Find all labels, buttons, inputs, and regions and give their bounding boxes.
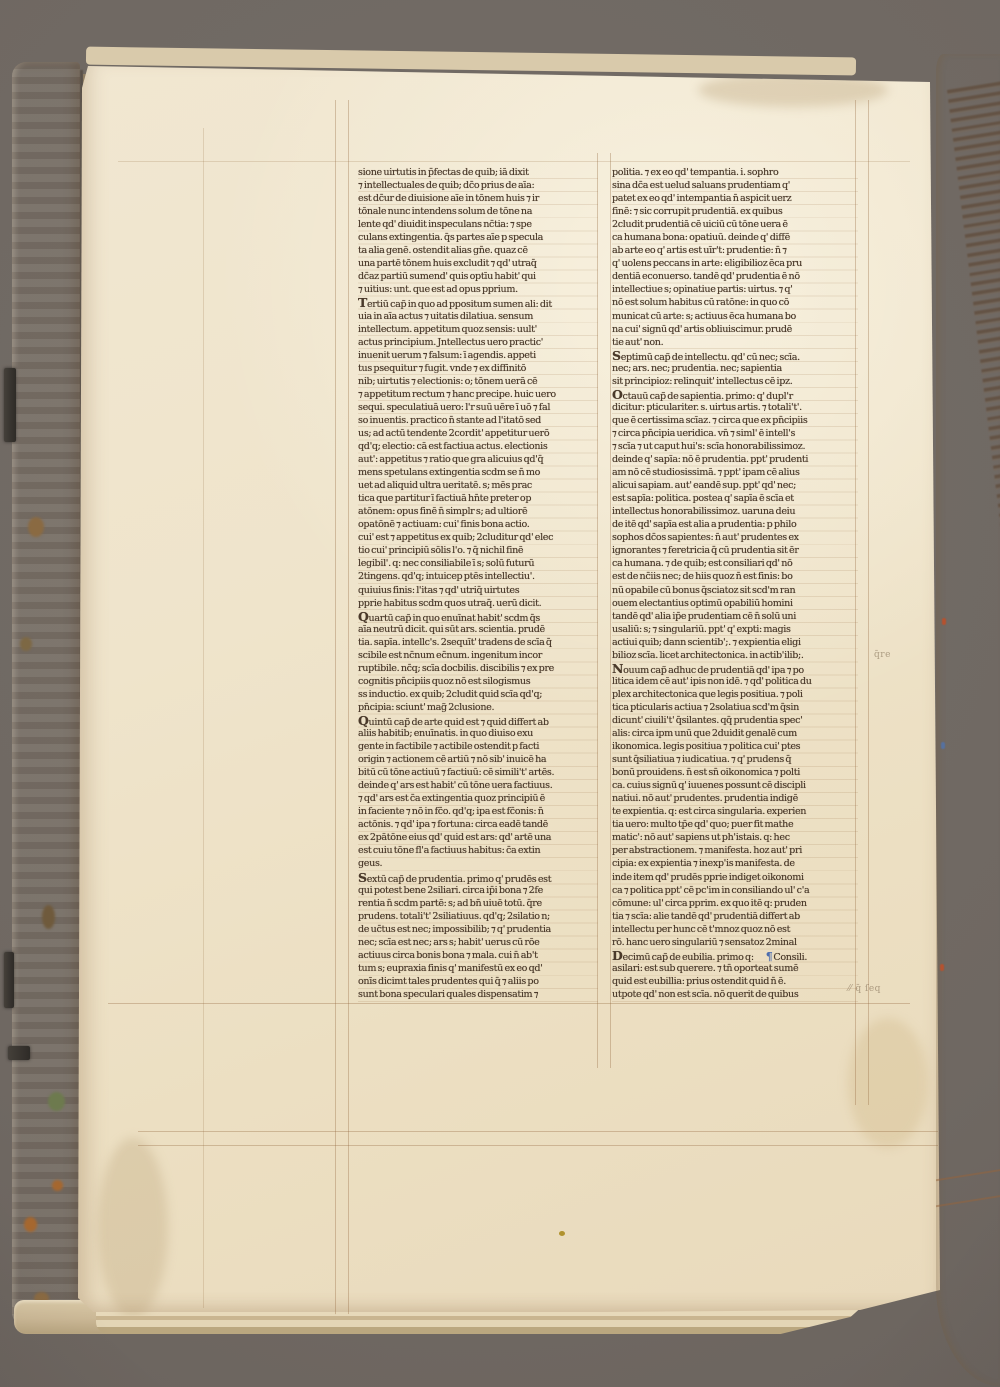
manuscript-text-line: tio cui' principiū sōlis l'o. ⁊ q̄ nichi… <box>358 544 598 557</box>
facing-page-fore-edge <box>936 54 1000 1386</box>
ruling-line-vertical <box>868 100 869 1105</box>
manuscript-text-line: ⁊ uitius: unt. que est ad opus pprium. <box>358 283 598 296</box>
manuscript-text-line: inuenit uerum ⁊ falsum: ī agendis. appet… <box>358 349 598 362</box>
manuscript-text-line: aliis habitib; enuīnatis. in quo diuiso … <box>358 727 598 740</box>
manuscript-text-line: q' uolens peccans in arte: eligibilioz ē… <box>612 257 858 270</box>
ruling-line-horizontal <box>138 1145 938 1146</box>
manuscript-text-line: gente in factibile ⁊ actibile ostendit p… <box>358 740 598 753</box>
leather-texture <box>12 62 80 1328</box>
manuscript-text-line: intellectiue s; opinatiue partis: uirtus… <box>612 283 858 296</box>
manuscript-text-line: prudens. totali't' 2siliatiuus. qd'q; 2s… <box>358 910 598 923</box>
manuscript-text-line: cui' est ⁊ appetitus ex quib; 2cluditur … <box>358 531 598 544</box>
manuscript-text-line: actiui quib; dann scientib';. ⁊ expienti… <box>612 636 858 649</box>
manuscript-text-line: onīs dicimt tales prudentes qui q̄ ⁊ ali… <box>358 975 598 988</box>
binding-stain-green <box>48 1092 65 1111</box>
manuscript-text-line: intellectum. appetitum quoz sensis: uult… <box>358 323 598 336</box>
metal-clasp <box>4 368 16 442</box>
ruling-line-vertical <box>610 153 611 1068</box>
manuscript-text-line: alis: circa ipm unū que 2duidit genalē c… <box>612 727 858 740</box>
manuscript-verso-page: sione uirtutis in p̄fectas de quib; iā d… <box>78 58 940 1312</box>
manuscript-text-line: politia. ⁊ ex eo qd' tempantia. i. sophr… <box>612 166 858 179</box>
manuscript-text-line: quiuius finis: l'itas ⁊ qd' utriq̄ uirtu… <box>358 584 598 597</box>
manuscript-text-line: matic': nō aut' sapiens ut ph'istais. q:… <box>612 831 858 844</box>
page-curve-highlight <box>936 54 954 1386</box>
manuscript-text-line: actōnis. ⁊ qd' ipa ⁊ fortuna: circa eadē… <box>358 818 598 831</box>
parchment-stain <box>698 73 888 107</box>
manuscript-text-line: deinde q' ars est habit' cū tōne uera fa… <box>358 779 598 792</box>
manuscript-text-line: ruptibile. nc̄q; scīa docbilis. discibil… <box>358 662 598 675</box>
manuscript-text-line: tandē qd' alia ip̄e prudentiam cē n̄ sol… <box>612 610 858 623</box>
manuscript-text-line: finē: ⁊ sic corrupit prudentiā. ex quibu… <box>612 205 858 218</box>
initial-letter: S <box>612 349 621 362</box>
manuscript-text-line: cognitis pn̄cipiis quoz nō est silogismu… <box>358 675 598 688</box>
manuscript-text-line: ignorantes ⁊ feretricia q̄ cū prudentia … <box>612 544 858 557</box>
facing-paraph-red <box>942 618 946 625</box>
manuscript-text-line: ¶Octauū cap̃ de sapientia. primo: q' dup… <box>612 388 858 401</box>
manuscript-text-line: aīa neutrū dicit. qui sūt ars. scientia.… <box>358 623 598 636</box>
binding-stain <box>52 1180 63 1191</box>
manuscript-text-line: ca humana bona: opatiuū. deinde q' diffē <box>612 231 858 244</box>
initial-letter: D <box>612 949 623 962</box>
manuscript-text-line: ¶Nouum cap̃ adhuc de prudentiā qd' ipa ⁊… <box>612 662 858 675</box>
manuscript-text-line: ¶Septimū cap̃ de intellectu. qd' cū nec;… <box>612 349 858 362</box>
manuscript-text-line: actus principium. Jntellectus uero pract… <box>358 336 598 349</box>
binding-stain <box>28 517 44 537</box>
manuscript-text-line: nec; scīa est nec; ars s; habit' uerus c… <box>358 936 598 949</box>
metal-clasp <box>4 952 14 1008</box>
manuscript-text-line: inde item qd' prudēs pprie indiget oikon… <box>612 871 858 884</box>
manuscript-text-line: tia ⁊ scīa: alie tandē qd' prudentiā dif… <box>612 910 858 923</box>
manuscript-text-line: 2cludit prudentiā cē uiciū cū tōne uera … <box>612 218 858 231</box>
manuscript-text-line: in faciente ⁊ nō in fc̄o. qd'q; ipa est … <box>358 805 598 818</box>
manuscript-text-line: intellectu per hunc cē t'mnoz quoz nō es… <box>612 923 858 936</box>
manuscript-text-line: alicui sapiam. aut' eandē sup. ppt' qd' … <box>612 479 858 492</box>
manuscript-text-line: natiui. nō aut' prudentes. prudentia ind… <box>612 792 858 805</box>
binding-stain <box>20 637 32 651</box>
manuscript-text-line: dentiā econuerso. tandē qd' prudentia ē … <box>612 270 858 283</box>
manuscript-text-line: ca humana. ⁊ de quib; est consiliari qd'… <box>612 557 858 570</box>
manuscript-text-line: pn̄cipia: sciunt' mag̃ 2clusione. <box>358 701 598 714</box>
marginal-note: q̄re <box>874 650 891 660</box>
manuscript-text-line: ¶Tertiū cap̃ in quo ad ppositum sumen al… <box>358 296 598 309</box>
manuscript-text-line: atōnem: opus finē n̄ simplr s; ad ultior… <box>358 505 598 518</box>
manuscript-text-line: geus. <box>358 857 598 870</box>
manuscript-text-line: nec; ars. nec; prudentia. nec; sapientia <box>612 362 858 375</box>
manuscript-text-line: tica que partitur ī factiuā hn̄te preter… <box>358 492 598 505</box>
manuscript-text-line: ¶Quartū cap̃ in quo enuīnat habit' scdm … <box>358 610 598 623</box>
manuscript-text-line: dicunt' ciuili't' q̄silantes. qq̄ pruden… <box>612 714 858 727</box>
parchment-fleck <box>559 1231 565 1236</box>
manuscript-text-line: sina dc̄a est uelud saluans prudentiam q… <box>612 179 858 192</box>
manuscript-text-line: tum s; eupraxia finis q' manifestū ex eo… <box>358 962 598 975</box>
manuscript-text-line: tia uero: multo tp̄e qd' quo; puer fit m… <box>612 818 858 831</box>
manuscript-text-line: ex 2pātōne eius qd' quid est ars: qd' ar… <box>358 831 598 844</box>
manuscript-text-line: pprie habitus scdm quos utraq̄. uerū dic… <box>358 597 598 610</box>
ruling-line-horizontal <box>118 161 910 162</box>
manuscript-text-line: uet ad aliquid ultra ueritatē. s; mēs pr… <box>358 479 598 492</box>
manuscript-text-line: ⁊ appetitum rectum ⁊ hanc precipe. huic … <box>358 388 598 401</box>
manuscript-text-line: tia. sapīa. intellc's. 2sequīt' tradens … <box>358 636 598 649</box>
manuscript-text-line: actiuus circa bonis bona ⁊ mala. cui n̄ … <box>358 949 598 962</box>
manuscript-text-line: sequi. speculatiuā uero: l'r suū uēre ī … <box>358 401 598 414</box>
facing-page-text-block <box>947 76 1000 1035</box>
manuscript-text-line: que ē certissima scīaz. ⁊ circa que ex p… <box>612 414 858 427</box>
manuscript-text-line: sit principioz: relinquit' intellectus c… <box>612 375 858 388</box>
manuscript-text-line: legibil'. q: nec consiliabile ī s; solū … <box>358 557 598 570</box>
manuscript-text-line: bonū prouidens. n̄ est sn̄ oikonomica ⁊ … <box>612 766 858 779</box>
manuscript-text-line: te expientia. q: est circa singularia. e… <box>612 805 858 818</box>
manuscript-text-line: 2tingens. qd'q; intuicep ptēs intellecti… <box>358 570 598 583</box>
manuscript-text-line: bitū cū tōne actiuū ⁊ factiuū: cē simili… <box>358 766 598 779</box>
manuscript-text-line: sunt bona speculari quales dispensatim ⁊ <box>358 988 598 1001</box>
manuscript-text-line: municat cū arte: s; actiuus ēca humana b… <box>612 310 858 323</box>
initial-letter: Q <box>358 714 369 727</box>
manuscript-text-line: culans extingentia. q̄s partes aīe p spe… <box>358 231 598 244</box>
manuscript-text-line: tus psequitur ⁊ fugit. vnde ⁊ ex diffini… <box>358 362 598 375</box>
manuscript-text-line: nō est solum habitus cū ratōne: in quo c… <box>612 296 858 309</box>
book-spine-binding <box>12 62 80 1328</box>
initial-letter: O <box>612 388 623 401</box>
manuscript-text-line: asilari: est sub querere. ⁊ tn̄ oporteat… <box>612 962 858 975</box>
manuscript-text-line: qui potest bene 2siliari. circa ip̄i bon… <box>358 884 598 897</box>
initial-letter: N <box>612 662 623 675</box>
manuscript-text-line: ¶Sextū cap̃ de prudentia. primo q' prudē… <box>358 871 598 884</box>
manuscript-text-line: mens spetulans extingentia scdm se n̄ mo <box>358 466 598 479</box>
manuscript-text-line: ⁊ intellectuales de quib; dc̄o prius de … <box>358 179 598 192</box>
manuscript-text-line: ca. cuius signū q' iuuenes possunt cē di… <box>612 779 858 792</box>
manuscript-text-line: est cuiu tōne fl'a factiuus habitus: c̄a… <box>358 844 598 857</box>
manuscript-text-line: sione uirtutis in p̄fectas de quib; iā d… <box>358 166 598 179</box>
ruling-line-vertical <box>348 100 349 1344</box>
manuscript-text-line: deinde q' sapīa: nō ē prudentia. ppt' pr… <box>612 453 858 466</box>
manuscript-text-line: est dc̄ur de diuisione aīe in tōnem huis… <box>358 192 598 205</box>
manuscript-text-line: tica pticularis actiua ⁊ 2solatiua scd'm… <box>612 701 858 714</box>
manuscript-text-line: rō. hanc uero singulariū ⁊ sensatoz 2min… <box>612 936 858 949</box>
manuscript-text-line: cōmune: ul' circa pprim. ex quo itē q: p… <box>612 897 858 910</box>
manuscript-text-line: cipia: ex expientia ⁊ inexp'is manifesta… <box>612 857 858 870</box>
manuscript-text-line: ⁊ qd' ars est c̄a extingentia quoz princ… <box>358 792 598 805</box>
manuscript-text-line: usaliū: s; ⁊ singulariū. ppt' q' expti: … <box>612 623 858 636</box>
manuscript-text-line: us; ad actū tendente 2cordit' appetitur … <box>358 427 598 440</box>
manuscript-text-line: so inuentis. practico n̄ stante ad l'ita… <box>358 414 598 427</box>
manuscript-text-line: dc̄az partiū sumend' quis optīu habit' q… <box>358 270 598 283</box>
manuscript-text-line: nū opabile cū bonus q̄sciatoz sit scd'm … <box>612 584 858 597</box>
marginal-note: ⁄⁄ q̄ ſeq <box>848 984 881 994</box>
manuscript-text-line: plex architectonica que legis positiua. … <box>612 688 858 701</box>
manuscript-text-line: aut': appetitus ⁊ ratio que gra alicuius… <box>358 453 598 466</box>
text-column-right: politia. ⁊ ex eo qd' tempantia. i. sophr… <box>612 166 858 1004</box>
manuscript-text-line: na cui' signū qd' artis obliuiscimur. pr… <box>612 323 858 336</box>
initial-letter: S <box>358 871 367 884</box>
manuscript-text-line: dicitur: pticulariter. s. uirtus artis. … <box>612 401 858 414</box>
manuscript-text-line: una partē tōnem huis excludit ⁊ qd' utra… <box>358 257 598 270</box>
manuscript-text-line: lente qd' diuidit inspeculans nc̄tia: ⁊ … <box>358 218 598 231</box>
manuscript-text-line: tōnale nunc intendens solum de tōne na <box>358 205 598 218</box>
ruling-line-vertical <box>335 100 336 1344</box>
manuscript-text-line: ouem electantius optimū opabiliū homini <box>612 597 858 610</box>
manuscript-text-line: intellectus honorabilissimoz. uaruna dei… <box>612 505 858 518</box>
manuscript-text-line: nib; uirtutis ⁊ electionis: o; tōnem uer… <box>358 375 598 388</box>
binding-stain <box>24 1217 37 1232</box>
manuscript-text-line: rentia n̄ scdm partē: s; ad bn̄ uiuē tot… <box>358 897 598 910</box>
manuscript-text-line: ⁊ scīa ⁊ ut caput hui's: scīa honorabili… <box>612 440 858 453</box>
manuscript-text-line: sunt q̄siliatiua ⁊ iudicatiua. ⁊ q' prud… <box>612 753 858 766</box>
manuscript-text-line: ikonomica. legis positiua ⁊ politica cui… <box>612 740 858 753</box>
manuscript-text-line: ta alia genē. ostendit alias gn̄e. quaz … <box>358 244 598 257</box>
initial-letter: Q <box>358 610 369 623</box>
initial-letter: T <box>358 296 367 309</box>
manuscript-text-line: de itē qd' sapīa est alia a prudentia: p… <box>612 518 858 531</box>
manuscript-text-line: scibile est nc̄num ec̄num. ingenitum inc… <box>358 649 598 662</box>
manuscript-text-line: per abstractionem. ⁊ manifesta. hoz aut'… <box>612 844 858 857</box>
paraph-mark-blue: ¶ <box>766 950 773 962</box>
manuscript-text-line: qd'q; electio: cā est factiua actus. ele… <box>358 440 598 453</box>
manuscript-text-line: quid est eubillia: prius ostendit quid n… <box>612 975 858 988</box>
manuscript-text-line: litica idem cē aut' ipis non idē. ⁊ qd' … <box>612 675 858 688</box>
manuscript-text-line: ca ⁊ politica ppt' cē pc'im in consilian… <box>612 884 858 897</box>
manuscript-text-line: ab arte eo q' artis est uīr't: prudentie… <box>612 244 858 257</box>
manuscript-text-line: est sapīa: politica. postea q' sapīa ē s… <box>612 492 858 505</box>
text-column-left: sione uirtutis in p̄fectas de quib; iā d… <box>358 166 598 1004</box>
manuscript-text-line: uia in aīa actus ⁊ uitatis dilatiua. sen… <box>358 310 598 323</box>
manuscript-text-line: bilioz scīa. licet architectonica. in ac… <box>612 649 858 662</box>
metal-clasp <box>8 1046 30 1060</box>
ruling-line-horizontal <box>138 1131 938 1132</box>
manuscript-text-line: patet ex eo qd' intempantia n̄ aspicit u… <box>612 192 858 205</box>
manuscript-text-line: de uc̄tus est nec; impossibilib; ⁊ q' pr… <box>358 923 598 936</box>
manuscript-text-line: sophos dc̄os sapientes: n̄ aut' prudente… <box>612 531 858 544</box>
parchment-stain <box>848 1018 928 1148</box>
manuscript-text-line: opatōnē ⁊ actiuam: cui' finis bona actio… <box>358 518 598 531</box>
manuscript-text-line: ss inductio. ex quib; 2cludit quid scīa … <box>358 688 598 701</box>
facing-paraph-blue <box>941 742 945 749</box>
manuscript-text-line: est de nc̄iis nec; de hiis quoz n̄ est f… <box>612 570 858 583</box>
parchment-stain <box>98 1138 168 1318</box>
manuscript-text-line: am nō cē studiosissimā. ⁊ ppt' ipam cē a… <box>612 466 858 479</box>
manuscript-text-line: utpote qd' non est scīa. nō querit de qu… <box>612 988 858 1001</box>
binding-stain <box>42 905 55 929</box>
manuscript-text-line: ¶Decimū cap̃ de eubilia. primo q:¶Consil… <box>612 949 858 962</box>
manuscript-text-line: origin ⁊ actionem cē artiū ⁊ nō sib' inu… <box>358 753 598 766</box>
manuscript-text-line: ¶Quintū cap̃ de arte quid est ⁊ quid dif… <box>358 714 598 727</box>
manuscript-text-line: ⁊ circa pn̄cipia ueridica. vn̄ ⁊ siml' ē… <box>612 427 858 440</box>
manuscript-text-line: tie aut' non. <box>612 336 858 349</box>
facing-paraph-red <box>940 964 944 971</box>
